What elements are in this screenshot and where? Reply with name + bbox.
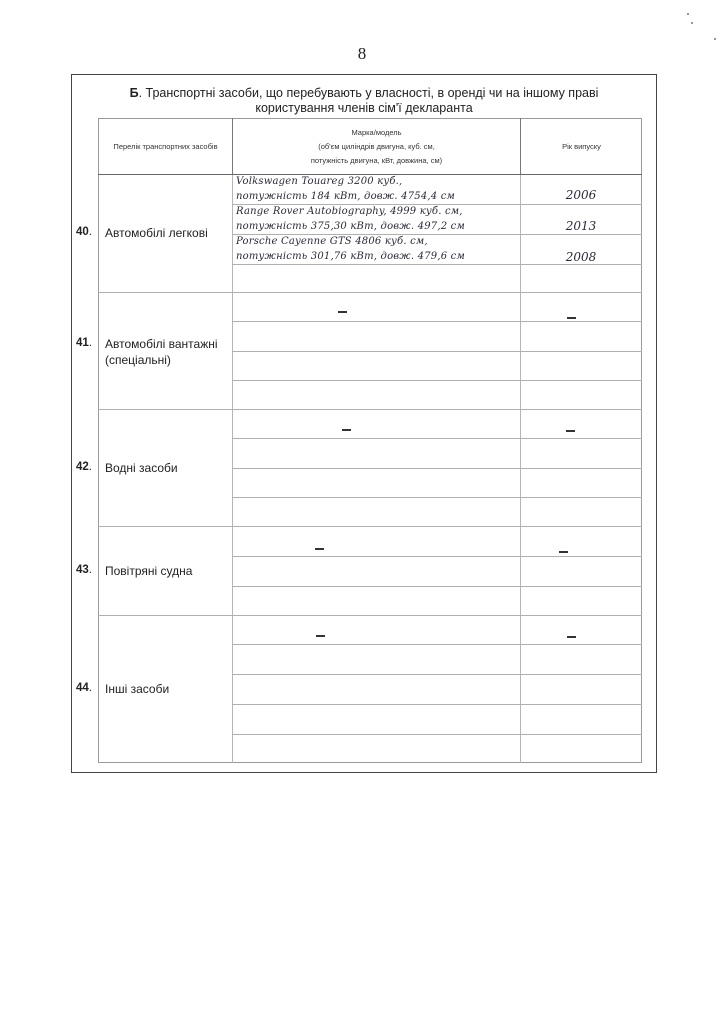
subrow-line (232, 468, 642, 469)
row-number-41: 41. (76, 337, 96, 349)
subrow-line (232, 321, 642, 322)
header-year: Рік випуску (521, 119, 642, 174)
scan-speck (687, 13, 689, 15)
subrow-line (232, 204, 642, 205)
subrow-line (232, 264, 642, 265)
scan-speck (691, 22, 693, 24)
row-divider (98, 292, 642, 293)
row-number-text: 44 (76, 682, 89, 694)
subrow-line (232, 674, 642, 675)
empty-year-dash (566, 430, 575, 432)
row-label-other-vehicles: Інші засоби (105, 681, 230, 697)
row-label-trucks-line1: Автомобілі вантажні (105, 336, 230, 352)
empty-model-dash (338, 311, 347, 313)
empty-model-dash (316, 635, 325, 637)
row-number-43: 43. (76, 564, 96, 576)
header-make-model-line2: (об'єм циліндрів двигуна, куб. см, (318, 140, 435, 154)
row-label-water-vehicles: Водні засоби (105, 460, 230, 476)
header-make-model-line3: потужність двигуна, кВт, довжина, см) (311, 154, 442, 168)
row-label-trucks: Автомобілі вантажні (спеціальні) (105, 336, 230, 368)
section-letter: Б (130, 86, 139, 100)
vehicle-2-year: 2013 (520, 219, 642, 233)
header-year-text: Рік випуску (562, 140, 601, 154)
header-vehicle-list-text: Перелік транспортних засобів (113, 140, 217, 154)
row-divider (98, 615, 642, 616)
row-label-aircraft: Повітряні судна (105, 563, 230, 579)
row-number-text: 41 (76, 337, 89, 349)
subrow-line (232, 644, 642, 645)
page-number: 8 (0, 44, 724, 64)
section-title-line2: користування членів сім'ї декларанта (71, 101, 657, 116)
row-number-40: 40. (76, 226, 96, 238)
subrow-line (232, 734, 642, 735)
row-divider (98, 409, 642, 410)
vehicle-2-model-line2: потужність 375,30 кВт, довж. 497,2 см (236, 221, 465, 232)
row-divider (98, 526, 642, 527)
subrow-line (232, 234, 642, 235)
subrow-line (232, 704, 642, 705)
col-divider (232, 118, 233, 174)
header-make-model-line1: Марка/модель (351, 126, 401, 140)
vehicle-1-model-line2: потужність 184 кВт, довж. 4754,4 см (236, 191, 455, 202)
subrow-line (232, 586, 642, 587)
header-make-model: Марка/модель (об'єм циліндрів двигуна, к… (233, 119, 520, 174)
col-divider (520, 118, 521, 174)
row-number-42: 42. (76, 461, 96, 473)
subrow-line (232, 380, 642, 381)
vehicle-1-model-line1: Volkswagen Touareg 3200 куб., (236, 176, 402, 187)
vehicle-3-year: 2008 (520, 250, 642, 264)
row-number-text: 40 (76, 226, 89, 238)
vehicle-3-model-line2: потужність 301,76 кВт, довж. 479,6 см (236, 251, 465, 262)
vehicle-3-model-line1: Porsche Cayenne GTS 4806 куб. см, (236, 236, 428, 247)
empty-year-dash (567, 636, 576, 638)
row-label-passenger-cars: Автомобілі легкові (105, 225, 230, 241)
section-title: Б. Транспортні засоби, що перебувають у … (71, 86, 657, 116)
vehicle-2-model-line1: Range Rover Autobiography, 4999 куб. см, (236, 206, 463, 217)
empty-year-dash (559, 551, 568, 553)
scan-speck (714, 38, 716, 40)
row-number-text: 43 (76, 564, 89, 576)
empty-year-dash (567, 317, 576, 319)
empty-model-dash (342, 429, 351, 431)
row-number-text: 42 (76, 461, 89, 473)
empty-model-dash (315, 548, 324, 550)
vehicle-1-year: 2006 (520, 188, 642, 202)
subrow-line (232, 497, 642, 498)
subrow-line (232, 438, 642, 439)
header-divider (98, 174, 642, 175)
subrow-line (232, 351, 642, 352)
header-vehicle-list: Перелік транспортних засобів (99, 119, 232, 174)
row-number-44: 44. (76, 682, 96, 694)
section-title-line1: . Транспортні засоби, що перебувають у в… (139, 86, 599, 100)
row-label-trucks-line2: (спеціальні) (105, 352, 230, 368)
subrow-line (232, 556, 642, 557)
